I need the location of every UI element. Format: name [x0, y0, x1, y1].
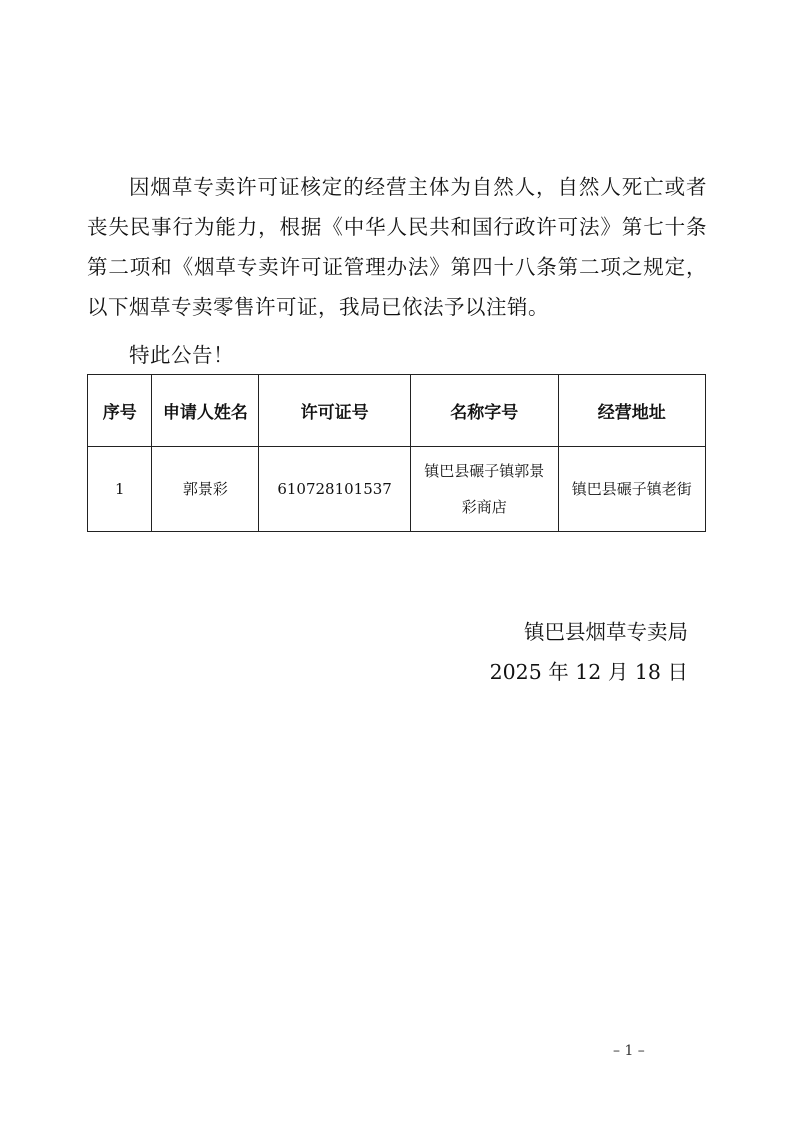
header-license-no: 许可证号: [259, 375, 411, 447]
table-row: 1 郭景彩 610728101537 镇巴县碾子镇郭景彩商店 镇巴县碾子镇老街: [88, 447, 706, 532]
header-applicant: 申请人姓名: [152, 375, 259, 447]
issue-date: 2025 年 12 月 18 日: [490, 652, 688, 692]
revoked-license-table: 序号 申请人姓名 许可证号 名称字号 经营地址 1 郭景彩 6107281015…: [87, 374, 706, 532]
closing-phrase: 特此公告！: [87, 335, 707, 375]
notice-paragraph: 因烟草专卖许可证核定的经营主体为自然人，自然人死亡或者丧失民事行为能力，根据《中…: [87, 167, 707, 327]
cell-business-name: 镇巴县碾子镇郭景彩商店: [410, 447, 558, 532]
signoff-block: 镇巴县烟草专卖局 2025 年 12 月 18 日: [490, 612, 688, 692]
header-business-name: 名称字号: [410, 375, 558, 447]
cell-applicant: 郭景彩: [152, 447, 259, 532]
header-serial: 序号: [88, 375, 152, 447]
cell-license-no: 610728101537: [259, 447, 411, 532]
table-header-row: 序号 申请人姓名 许可证号 名称字号 经营地址: [88, 375, 706, 447]
page-number: – 1 –: [613, 1043, 645, 1059]
cell-serial: 1: [88, 447, 152, 532]
header-address: 经营地址: [558, 375, 705, 447]
cell-address: 镇巴县碾子镇老街: [558, 447, 705, 532]
issuer-name: 镇巴县烟草专卖局: [490, 612, 688, 652]
